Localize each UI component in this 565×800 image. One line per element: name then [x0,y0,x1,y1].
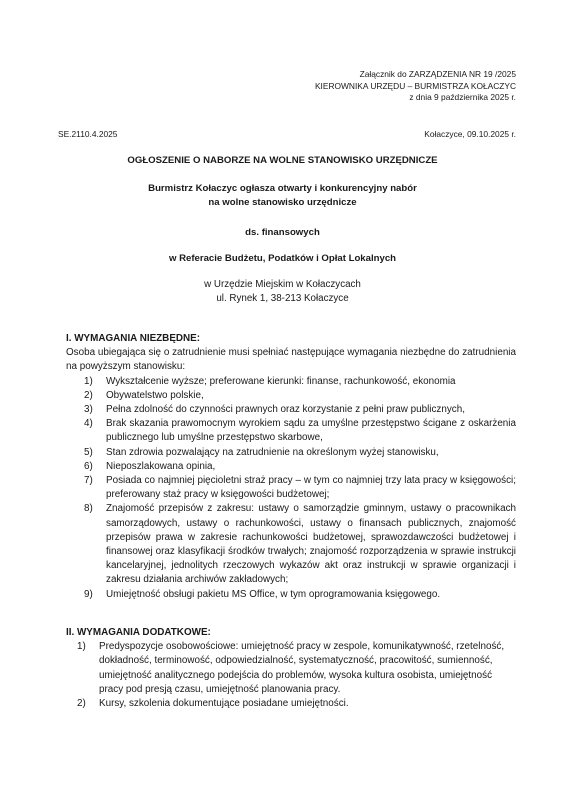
section-intro: Osoba ubiegająca się o zatrudnienie musi… [66,346,516,374]
item-text: Znajomość przepisów z zakresu: ustawy o … [106,503,516,585]
list-item: 4)Brak skazania prawomocnym wyrokiem sąd… [66,417,516,445]
annex-header: Załącznik do ZARZĄDZENIA NR 19 /2025 KIE… [315,69,516,104]
subtitle-line-2: na wolne stanowisko urzędnicze [0,196,565,210]
item-number: 7) [84,474,93,488]
office-line-2: ul. Rynek 1, 38-213 Kołaczyce [0,292,565,306]
list-item: 2)Kursy, szkolenia dokumentujące posiada… [66,697,516,711]
item-number: 1) [84,375,93,389]
item-number: 4) [84,417,93,431]
item-text: Kursy, szkolenia dokumentujące posiadane… [99,698,349,709]
department-name: w Referacie Budżetu, Podatków i Opłat Lo… [0,253,565,264]
subtitle-line-1: Burmistrz Kołaczyc ogłasza otwarty i kon… [0,182,565,196]
section-heading: II. WYMAGANIA DODATKOWE: [66,626,516,640]
annex-line-2: KIEROWNIKA URZĘDU – BURMISTRZA KOŁACZYC [315,81,516,93]
annex-line-3: z dnia 9 października 2025 r. [315,92,516,104]
annex-line-1: Załącznik do ZARZĄDZENIA NR 19 /2025 [315,69,516,81]
item-text: Posiada co najmniej pięcioletni straż pr… [106,475,516,500]
item-number: 3) [84,403,93,417]
office-line-1: w Urzędzie Miejskim w Kołaczycach [0,278,565,292]
place-date: Kołaczyce, 09.10.2025 r. [424,129,516,139]
list-item: 9)Umiejętność obsługi pakietu MS Office,… [66,588,516,602]
document-page: Załącznik do ZARZĄDZENIA NR 19 /2025 KIE… [0,0,565,800]
item-text: Umiejętność obsługi pakietu MS Office, w… [106,589,440,600]
section-heading: I. WYMAGANIA NIEZBĘDNE: [66,332,516,346]
list-item: 3)Pełna zdolność do czynności prawnych o… [66,403,516,417]
item-text: Stan zdrowia pozwalający na zatrudnienie… [106,447,439,458]
list-item: 6)Nieposzlakowana opinia, [66,460,516,474]
item-text: Obywatelstwo polskie, [106,390,204,401]
list-item: 5)Stan zdrowia pozwalający na zatrudnien… [66,446,516,460]
position-name: ds. finansowych [0,227,565,238]
list-item: 7)Posiada co najmniej pięcioletni straż … [66,474,516,502]
item-number: 1) [77,640,86,654]
item-number: 8) [84,502,93,516]
item-text: Wykształcenie wyższe; preferowane kierun… [106,376,456,387]
list-item: 8)Znajomość przepisów z zakresu: ustawy … [66,502,516,587]
item-text: Pełna zdolność do czynności prawnych ora… [106,404,465,415]
item-number: 2) [77,697,86,711]
document-title: OGŁOSZENIE O NABORZE NA WOLNE STANOWISKO… [0,155,565,166]
item-text: Nieposzlakowana opinia, [106,461,215,472]
item-number: 6) [84,460,93,474]
section-essential-requirements: I. WYMAGANIA NIEZBĘDNE: Osoba ubiegająca… [66,332,516,602]
item-number: 5) [84,446,93,460]
reference-number: SE.2110.4.2025 [58,129,117,139]
item-number: 9) [84,588,93,602]
list-item: 2)Obywatelstwo polskie, [66,389,516,403]
office-address: w Urzędzie Miejskim w Kołaczycach ul. Ry… [0,278,565,306]
item-text: Brak skazania prawomocnym wyrokiem sądu … [106,418,516,443]
item-text: Predyspozycje osobowościowe: umiejętność… [99,641,504,695]
list-item: 1)Predyspozycje osobowościowe: umiejętno… [66,640,516,697]
requirements-list: 1)Predyspozycje osobowościowe: umiejętno… [66,640,516,711]
requirements-list: 1)Wykształcenie wyższe; preferowane kier… [66,375,516,602]
item-number: 2) [84,389,93,403]
announcement-subtitle: Burmistrz Kołaczyc ogłasza otwarty i kon… [0,182,565,210]
list-item: 1)Wykształcenie wyższe; preferowane kier… [66,375,516,389]
section-additional-requirements: II. WYMAGANIA DODATKOWE: 1)Predyspozycje… [66,626,516,711]
